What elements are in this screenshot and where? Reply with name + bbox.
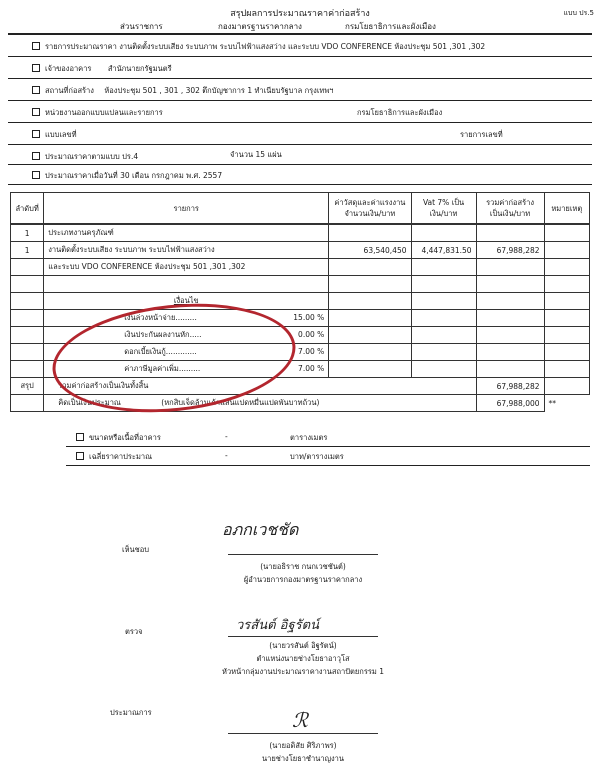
building-area-line: ขนาดหรือเนื้อที่อาคาร: [76, 432, 161, 444]
info-line-pr4: ประมาณราคาตามแบบ ปร.4: [32, 151, 138, 163]
department-name: กรมโยธาธิการและผังเมือง: [345, 20, 436, 33]
designer-value: กรมโยธาธิการและผังเมือง: [357, 107, 442, 119]
estimator-name: (นายอดิสัย ศิริภาพร): [153, 740, 453, 752]
form-code: แบบ ปร.5: [563, 8, 594, 19]
document-title: สรุปผลการประมาณราคาค่าก่อสร้าง: [0, 6, 600, 20]
header-divider: [8, 33, 592, 35]
col-header-total: รวมค่าก่อสร้างเป็นเงิน/บาท: [476, 193, 544, 225]
divider: [8, 184, 592, 185]
estimator-title: นายช่างโยธาชำนาญงาน: [153, 753, 453, 765]
signature-line: [228, 554, 378, 555]
info-line-date: ประมาณราคาเมื่อวันที่ 30 เดือน กรกฎาคม พ…: [32, 170, 222, 182]
col-header-note: หมายเหตุ: [544, 193, 589, 225]
table-row: และระบบ VDO CONFERENCE ห้องประชุม 501 ,3…: [11, 259, 590, 276]
grand-total: 67,988,282: [476, 378, 544, 395]
divider: [8, 144, 592, 145]
signature-approver: อภกเวชชัด: [222, 518, 298, 543]
estimator-role: ประมาณการ: [110, 707, 152, 719]
sheet-count: จำนวน 15 แผ่น: [230, 149, 282, 161]
table-row: 1 ประเภทงานครุภัณฑ์: [11, 224, 590, 242]
condition-row: เงินล่วงหน้าจ่าย.........15.00 %: [11, 310, 590, 327]
col-header-vat: Vat 7% เป็นเงิน/บาท: [411, 193, 476, 225]
checkbox-icon: [32, 86, 40, 94]
checkbox-icon: [32, 64, 40, 72]
approve-role: เห็นชอบ: [122, 544, 149, 556]
signature-line: [228, 636, 378, 637]
checkbox-icon: [32, 152, 40, 160]
division-name: กองมาตรฐานราคากลาง: [218, 20, 302, 33]
col-header-no: ลำดับที่: [11, 193, 44, 225]
condition-row: ค่าภาษีมูลค่าเพิ่ม.........7.00 %: [11, 361, 590, 378]
item-no-label: รายการเลขที่: [460, 129, 503, 141]
divider: [8, 100, 592, 101]
approver-title: ผู้อำนวยการกองมาตรฐานราคากลาง: [153, 574, 453, 586]
summary-approx-row: คิดเป็นเงินประมาณ (หกสิบเจ็ดล้านเก้าแสนแ…: [11, 395, 590, 412]
info-line-drawing-no: แบบเลขที่: [32, 129, 77, 141]
divider: [8, 78, 592, 79]
checker-name: (นายวรสันต์ อิฐรัตน์): [153, 640, 453, 652]
checkbox-icon: [32, 130, 40, 138]
conditions-title: เงื่อนไข: [44, 293, 329, 310]
checkbox-icon: [76, 452, 84, 460]
checker-title-2: หัวหน้ากลุ่มงานประมาณราคางานสถาปัตยกรรม …: [153, 666, 453, 678]
info-line-designer: หน่วยงานออกแบบแปลนและรายการ: [32, 107, 163, 119]
table-row: [11, 276, 590, 293]
info-line-owner: เจ้าของอาคาร สำนักนายกรัฐมนตรี: [32, 63, 172, 75]
agency-label: ส่วนราชการ: [120, 20, 163, 33]
approx-total: 67,988,000: [476, 395, 544, 412]
checkbox-icon: [32, 171, 40, 179]
avg-price-line: เฉลี่ยราคาประมาณ: [76, 451, 152, 463]
checker-title-1: ตำแหน่งนายช่างโยธาอาวุโส: [153, 653, 453, 665]
divider: [66, 446, 590, 447]
col-header-item: รายการ: [44, 193, 329, 225]
condition-row: เงินประกันผลงานหัก.....0.00 %: [11, 327, 590, 344]
divider: [8, 164, 592, 165]
check-role: ตรวจ: [125, 626, 143, 638]
conditions-title-row: เงื่อนไข: [11, 293, 590, 310]
info-line-location: สถานที่ก่อสร้าง ห้องประชุม 501 , 301 , 3…: [32, 85, 334, 97]
divider: [8, 122, 592, 123]
checkbox-icon: [32, 42, 40, 50]
info-line-project: รายการประมาณราคา งานติดตั้งระบบเสียง ระบ…: [32, 41, 485, 53]
summary-total-row: สรุป รวมค่าก่อสร้างเป็นเงินทั้งสิ้น 67,9…: [11, 378, 590, 395]
approver-name: (นายอธิราช กนกเวชชันต์): [153, 561, 453, 573]
checkbox-icon: [32, 108, 40, 116]
col-header-cost: ค่าวัสดุและค่าแรงงานจำนวนเงิน/บาท: [329, 193, 411, 225]
signature-estimator: ℛ: [292, 708, 308, 732]
signature-line: [228, 733, 378, 734]
cost-summary-table: ลำดับที่ รายการ ค่าวัสดุและค่าแรงงานจำนว…: [10, 192, 590, 412]
checkbox-icon: [76, 433, 84, 441]
divider: [8, 56, 592, 57]
signature-checker: วรสันต์ อิฐรัตน์: [236, 614, 319, 635]
condition-row: ดอกเบี้ยเงินกู้.............7.00 %: [11, 344, 590, 361]
table-header-row: ลำดับที่ รายการ ค่าวัสดุและค่าแรงงานจำนว…: [11, 193, 590, 225]
table-row: 1 งานติดตั้งระบบเสียง ระบบภาพ ระบบไฟฟ้าแ…: [11, 242, 590, 259]
divider: [66, 465, 590, 466]
